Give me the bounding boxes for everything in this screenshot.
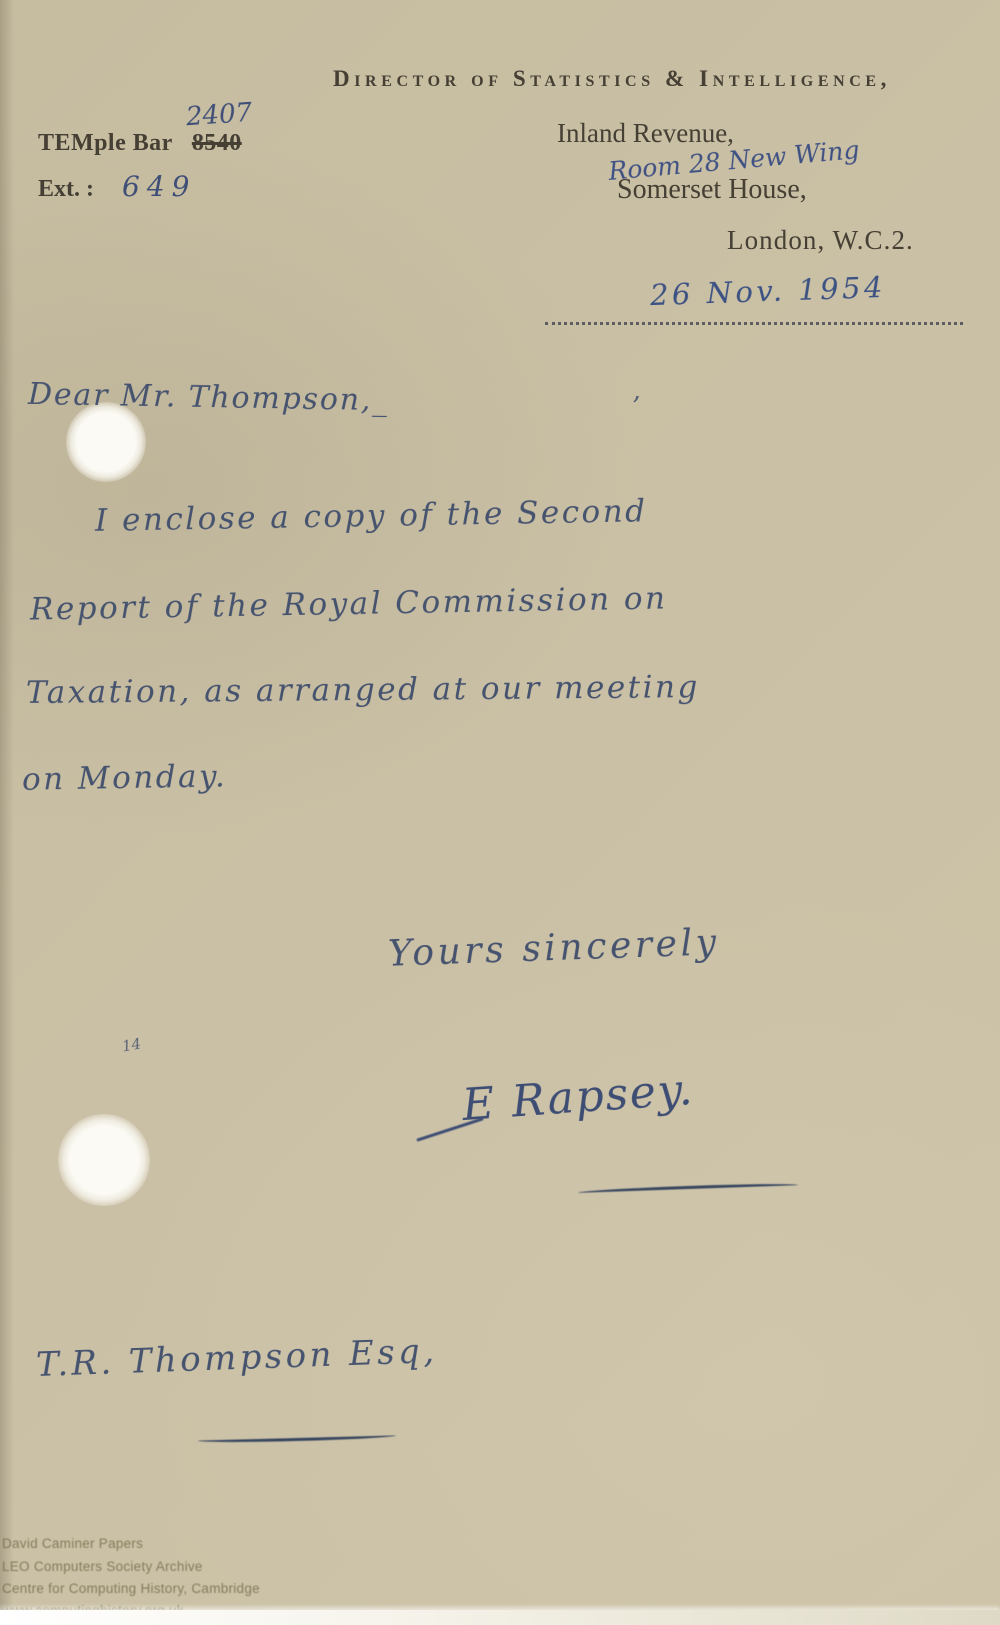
phone-label: TEMple Bar	[38, 130, 172, 156]
address-somerset-house: Somerset House,	[617, 174, 807, 206]
address-london: London, W.C.2.	[727, 225, 914, 256]
scan-bottom-strip	[0, 1610, 1000, 1625]
date-dotted-line	[545, 308, 963, 325]
phone-new-number-handwritten: 2407	[185, 98, 253, 133]
watermark-line: LEO Computers Society Archive	[2, 1559, 203, 1574]
punch-hole-top	[66, 402, 146, 482]
body-line: Taxation, as arranged at our meeting	[26, 669, 700, 711]
scanned-letter-page: Director of Statistics & Intelligence, T…	[0, 0, 1000, 1625]
address-inland-revenue: Inland Revenue,	[557, 118, 734, 149]
extension-value-handwritten: 649	[122, 170, 196, 203]
letterhead-title: Director of Statistics & Intelligence,	[333, 66, 891, 92]
closing-yours-sincerely: Yours sincerely	[387, 922, 720, 975]
addressee-name: T.R. Thompson Esq,	[35, 1331, 438, 1385]
scan-edge-shadow	[0, 0, 14, 1625]
date-handwritten: 26 Nov. 1954	[649, 270, 886, 312]
watermark-line: David Caminer Papers	[2, 1536, 143, 1551]
watermark-line: Centre for Computing History, Cambridge	[2, 1581, 260, 1596]
stray-ink-tick: ’	[632, 392, 640, 422]
small-pen-mark: 14	[121, 1034, 143, 1055]
extension-label: Ext. :	[38, 176, 94, 203]
phone-old-number: 8540	[192, 130, 242, 156]
addressee-underline	[198, 1435, 396, 1443]
body-line: Report of the Royal Commission on	[30, 580, 668, 627]
punch-hole-bottom	[58, 1114, 150, 1206]
body-line: on Monday.	[22, 758, 228, 798]
signature: E Rapsey.	[461, 1064, 696, 1131]
signature-underline	[578, 1182, 798, 1193]
salutation: Dear Mr. Thompson,_	[28, 377, 390, 418]
phone-line: TEMple Bar 8540	[38, 130, 242, 157]
body-line: I enclose a copy of the Second	[95, 493, 648, 539]
